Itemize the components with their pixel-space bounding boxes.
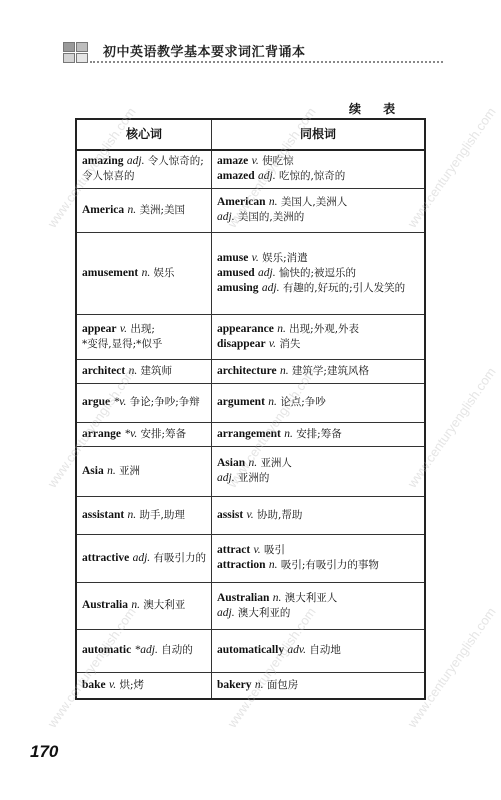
- vocab-entry: amusing adj. 有趣的,好玩的;引人发笑的: [217, 281, 419, 296]
- table-row: Asia n. 亚洲 Asian n. 亚洲人 adj. 亚洲的: [76, 446, 425, 496]
- vocab-entry: bake v. 烘;烤: [82, 678, 206, 693]
- meaning: 自动地: [309, 644, 341, 656]
- vocab-entry: architect n. 建筑师: [82, 364, 206, 379]
- related-words-cell: amaze v. 使吃惊 amazed adj. 吃惊的,惊奇的: [212, 150, 426, 188]
- vocab-entry: amazed adj. 吃惊的,惊奇的: [217, 169, 419, 184]
- related-words-cell: American n. 美国人,美洲人 adj. 美国的,美洲的: [212, 188, 426, 232]
- headword: bake: [82, 679, 106, 691]
- core-word-cell: America n. 美洲;美国: [76, 188, 212, 232]
- part-of-speech: adj.: [258, 267, 276, 279]
- part-of-speech: n.: [269, 196, 278, 208]
- meaning: 亚洲: [119, 465, 140, 477]
- table-row: automatic *adj. 自动的 automatically adv. 自…: [76, 629, 425, 672]
- table-row: assistant n. 助手,助理 assist v. 协助,帮助: [76, 496, 425, 534]
- vocab-entry: assistant n. 助手,助理: [82, 508, 206, 523]
- headword: disappear: [217, 338, 266, 350]
- meaning: 愉快的;被逗乐的: [279, 267, 356, 279]
- related-words-cell: argument n. 论点;争吵: [212, 383, 426, 422]
- vocab-entry: argue *v. 争论;争吵;争辩: [82, 395, 206, 410]
- part-of-speech: *v.: [113, 396, 126, 408]
- vocab-entry: *变得,显得;*似乎: [82, 337, 206, 352]
- header-dotted-rule: [90, 61, 443, 63]
- running-head: 初中英语教学基本要求词汇背诵本: [63, 41, 443, 65]
- meaning: 亚洲人: [260, 457, 292, 469]
- part-of-speech: adv.: [287, 644, 306, 656]
- part-of-speech: v.: [109, 679, 116, 691]
- column-header-core-word: 核心词: [76, 119, 212, 150]
- related-words-cell: amuse v. 娱乐;消遣 amused adj. 愉快的;被逗乐的 amus…: [212, 232, 426, 314]
- table-row: attractive adj. 有吸引力的 attract v. 吸引 attr…: [76, 534, 425, 582]
- part-of-speech: v.: [252, 252, 259, 264]
- related-words-cell: architecture n. 建筑学;建筑风格: [212, 359, 426, 383]
- core-word-cell: amazing adj. 令人惊奇的;令人惊喜的: [76, 150, 212, 188]
- vocab-entry: Asia n. 亚洲: [82, 464, 206, 479]
- headword: arrangement: [217, 428, 281, 440]
- headword: amusement: [82, 267, 138, 279]
- vocab-entry: Australia n. 澳大利亚: [82, 598, 206, 613]
- related-words-cell: Australian n. 澳大利亚人 adj. 澳大利亚的: [212, 582, 426, 629]
- headword: Australia: [82, 599, 128, 611]
- part-of-speech: n.: [142, 267, 151, 279]
- core-word-cell: arrange *v. 安排;筹备: [76, 422, 212, 446]
- part-of-speech: v.: [120, 323, 127, 335]
- vocab-entry: attract v. 吸引: [217, 543, 419, 558]
- meaning: 澳大利亚: [143, 599, 185, 611]
- table-row: argue *v. 争论;争吵;争辩 argument n. 论点;争吵: [76, 383, 425, 422]
- core-word-cell: Asia n. 亚洲: [76, 446, 212, 496]
- meaning: 有吸引力的: [154, 552, 207, 564]
- part-of-speech: adj.: [217, 607, 235, 619]
- headword: assistant: [82, 509, 124, 521]
- vocab-entry: architecture n. 建筑学;建筑风格: [217, 364, 419, 379]
- meaning: 亚洲的: [238, 472, 270, 484]
- meaning: 助手,助理: [140, 509, 185, 521]
- meaning: 娱乐;消遣: [262, 252, 308, 264]
- part-of-speech: n.: [255, 679, 264, 691]
- part-of-speech: adj.: [262, 282, 280, 294]
- headword: attraction: [217, 559, 266, 571]
- vocab-entry: Australian n. 澳大利亚人: [217, 591, 419, 606]
- meaning: 建筑师: [141, 365, 173, 377]
- related-words-cell: assist v. 协助,帮助: [212, 496, 426, 534]
- related-words-cell: Asian n. 亚洲人 adj. 亚洲的: [212, 446, 426, 496]
- headword: attract: [217, 544, 250, 556]
- meaning: 消失: [279, 338, 300, 350]
- vocab-entry: adj. 澳大利亚的: [217, 606, 419, 621]
- meaning: 美国的,美洲的: [238, 211, 304, 223]
- headword: automatically: [217, 644, 284, 656]
- part-of-speech: n.: [269, 559, 278, 571]
- vocabulary-table: 核心词 同根词 amazing adj. 令人惊奇的;令人惊喜的 amaze v…: [75, 118, 426, 700]
- headword: attractive: [82, 552, 129, 564]
- part-of-speech: n.: [280, 365, 289, 377]
- related-words-cell: automatically adv. 自动地: [212, 629, 426, 672]
- vocab-entry: amuse v. 娱乐;消遣: [217, 251, 419, 266]
- meaning: 烘;烤: [119, 679, 144, 691]
- headword: Asian: [217, 457, 245, 469]
- headword: amaze: [217, 155, 248, 167]
- headword: argument: [217, 396, 265, 408]
- book-logo-icon: [63, 41, 91, 65]
- meaning: 出现;: [130, 323, 155, 335]
- headword: amazed: [217, 170, 255, 182]
- headword: architecture: [217, 365, 277, 377]
- vocab-entry: automatically adv. 自动地: [217, 643, 419, 658]
- vocab-entry: arrangement n. 安排;筹备: [217, 427, 419, 442]
- meaning: 吃惊的,惊奇的: [279, 170, 345, 182]
- related-words-cell: bakery n. 面包房: [212, 672, 426, 699]
- part-of-speech: n.: [268, 396, 277, 408]
- headword: arrange: [82, 428, 121, 440]
- part-of-speech: n.: [129, 365, 138, 377]
- part-of-speech: *v.: [124, 428, 137, 440]
- headword: amazing: [82, 155, 124, 167]
- meaning: 吸引: [264, 544, 285, 556]
- headword: Australian: [217, 592, 269, 604]
- vocab-entry: America n. 美洲;美国: [82, 203, 206, 218]
- meaning: 安排;筹备: [141, 428, 187, 440]
- vocab-entry: amaze v. 使吃惊: [217, 154, 419, 169]
- part-of-speech: v.: [247, 509, 254, 521]
- table-row: architect n. 建筑师 architecture n. 建筑学;建筑风…: [76, 359, 425, 383]
- core-word-cell: assistant n. 助手,助理: [76, 496, 212, 534]
- meaning: 澳大利亚的: [238, 607, 291, 619]
- headword: amused: [217, 267, 255, 279]
- page-number: 170: [30, 742, 58, 762]
- meaning: 协助,帮助: [257, 509, 302, 521]
- part-of-speech: n.: [248, 457, 257, 469]
- core-word-cell: amusement n. 娱乐: [76, 232, 212, 314]
- part-of-speech: n.: [131, 599, 140, 611]
- headword: appearance: [217, 323, 274, 335]
- headword: amusing: [217, 282, 259, 294]
- continued-table-label: 续 表: [349, 100, 404, 117]
- part-of-speech: *adj.: [135, 644, 158, 656]
- meaning: 论点;争吵: [280, 396, 326, 408]
- vocab-entry: disappear v. 消失: [217, 337, 419, 352]
- core-word-cell: appear v. 出现; *变得,显得;*似乎: [76, 314, 212, 359]
- headword: America: [82, 204, 124, 216]
- vocab-entry: appearance n. 出现;外观,外表: [217, 322, 419, 337]
- meaning: 建筑学;建筑风格: [292, 365, 369, 377]
- table-header-row: 核心词 同根词: [76, 119, 425, 150]
- table-row: amusement n. 娱乐 amuse v. 娱乐;消遣 amused ad…: [76, 232, 425, 314]
- part-of-speech: adj.: [217, 211, 235, 223]
- meaning: 使吃惊: [262, 155, 294, 167]
- vocab-entry: amusement n. 娱乐: [82, 266, 206, 281]
- headword: argue: [82, 396, 110, 408]
- vocab-entry: Asian n. 亚洲人: [217, 456, 419, 471]
- meaning: 美洲;美国: [139, 204, 185, 216]
- meaning: 自动的: [161, 644, 193, 656]
- headword: amuse: [217, 252, 248, 264]
- part-of-speech: v.: [269, 338, 276, 350]
- related-words-cell: appearance n. 出现;外观,外表 disappear v. 消失: [212, 314, 426, 359]
- related-words-cell: arrangement n. 安排;筹备: [212, 422, 426, 446]
- part-of-speech: n.: [277, 323, 286, 335]
- meaning: 有趣的,好玩的;引人发笑的: [283, 282, 405, 294]
- vocab-entry: amazing adj. 令人惊奇的;令人惊喜的: [82, 154, 206, 184]
- headword: Asia: [82, 465, 104, 477]
- meaning: 美国人,美洲人: [281, 196, 347, 208]
- core-word-cell: automatic *adj. 自动的: [76, 629, 212, 672]
- table-row: bake v. 烘;烤 bakery n. 面包房: [76, 672, 425, 699]
- headword: assist: [217, 509, 243, 521]
- related-words-cell: attract v. 吸引 attraction n. 吸引;有吸引力的事物: [212, 534, 426, 582]
- core-word-cell: Australia n. 澳大利亚: [76, 582, 212, 629]
- part-of-speech: n.: [107, 465, 116, 477]
- meaning: 澳大利亚人: [285, 592, 338, 604]
- meaning: 出现;外观,外表: [289, 323, 359, 335]
- vocab-entry: American n. 美国人,美洲人: [217, 195, 419, 210]
- table-row: appear v. 出现; *变得,显得;*似乎 appearance n. 出…: [76, 314, 425, 359]
- meaning: *变得,显得;*似乎: [82, 338, 162, 350]
- meaning: 面包房: [267, 679, 299, 691]
- table-row: arrange *v. 安排;筹备 arrangement n. 安排;筹备: [76, 422, 425, 446]
- vocab-entry: bakery n. 面包房: [217, 678, 419, 693]
- part-of-speech: n.: [273, 592, 282, 604]
- part-of-speech: v.: [252, 155, 259, 167]
- vocab-entry: amused adj. 愉快的;被逗乐的: [217, 266, 419, 281]
- part-of-speech: adj.: [133, 552, 151, 564]
- core-word-cell: argue *v. 争论;争吵;争辩: [76, 383, 212, 422]
- headword: American: [217, 196, 266, 208]
- vocab-entry: attraction n. 吸引;有吸引力的事物: [217, 558, 419, 573]
- column-header-related-words: 同根词: [212, 119, 426, 150]
- headword: architect: [82, 365, 125, 377]
- part-of-speech: n.: [128, 204, 137, 216]
- vocab-entry: adj. 美国的,美洲的: [217, 210, 419, 225]
- part-of-speech: v.: [254, 544, 261, 556]
- meaning: 娱乐: [154, 267, 175, 279]
- table-row: amazing adj. 令人惊奇的;令人惊喜的 amaze v. 使吃惊 am…: [76, 150, 425, 188]
- book-title: 初中英语教学基本要求词汇背诵本: [103, 41, 306, 60]
- part-of-speech: adj.: [217, 472, 235, 484]
- vocab-entry: adj. 亚洲的: [217, 471, 419, 486]
- core-word-cell: attractive adj. 有吸引力的: [76, 534, 212, 582]
- vocab-entry: arrange *v. 安排;筹备: [82, 427, 206, 442]
- core-word-cell: architect n. 建筑师: [76, 359, 212, 383]
- table-row: Australia n. 澳大利亚 Australian n. 澳大利亚人 ad…: [76, 582, 425, 629]
- part-of-speech: adj.: [127, 155, 145, 167]
- meaning: 安排;筹备: [296, 428, 342, 440]
- vocab-entry: argument n. 论点;争吵: [217, 395, 419, 410]
- headword: appear: [82, 323, 117, 335]
- part-of-speech: adj.: [258, 170, 276, 182]
- part-of-speech: n.: [128, 509, 137, 521]
- part-of-speech: n.: [284, 428, 293, 440]
- table-row: America n. 美洲;美国 American n. 美国人,美洲人 adj…: [76, 188, 425, 232]
- vocab-entry: automatic *adj. 自动的: [82, 643, 206, 658]
- vocab-entry: appear v. 出现;: [82, 322, 206, 337]
- meaning: 吸引;有吸引力的事物: [281, 559, 379, 571]
- core-word-cell: bake v. 烘;烤: [76, 672, 212, 699]
- headword: bakery: [217, 679, 252, 691]
- vocab-entry: attractive adj. 有吸引力的: [82, 551, 206, 566]
- vocab-entry: assist v. 协助,帮助: [217, 508, 419, 523]
- meaning: 争论;争吵;争辩: [130, 396, 200, 408]
- headword: automatic: [82, 644, 131, 656]
